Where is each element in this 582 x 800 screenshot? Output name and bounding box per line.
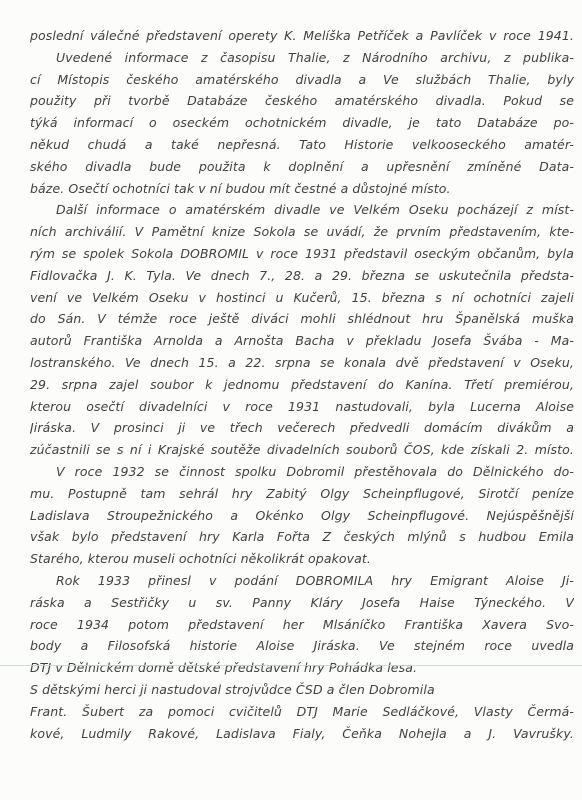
manuscript-lines: poslední válečné představení operety K. … [30, 25, 574, 744]
manuscript-line: DTJ v Dělnickém domě dětské představení … [30, 657, 574, 679]
manuscript-line: kové, Ludmily Rakové, Ladislava Fialy, Č… [30, 723, 574, 745]
manuscript-line: ského divadla bude použita k doplnění a … [30, 156, 574, 178]
manuscript-line: někud chudá a také nepřesná. Tato Histor… [30, 134, 574, 156]
manuscript-line: cí Místopis českého amatérského divadla … [30, 69, 574, 91]
manuscript-line: ráska a Sestřičky u sv. Panny Kláry Jose… [30, 592, 574, 614]
manuscript-line: 29. srpna zajel soubor k jednomu předsta… [30, 374, 574, 396]
manuscript-line: Fidlovačka J. K. Tyla. Ve dnech 7., 28. … [30, 265, 574, 287]
manuscript-line: body a Filosofská historie Aloise Jirásk… [30, 635, 574, 657]
manuscript-line: ních archiválií. V Pamětní knize Sokola … [30, 221, 574, 243]
manuscript-line: lostranského. Ve dnech 15. a 22. srpna s… [30, 352, 574, 374]
manuscript-line: roce 1934 potom představení her Mlsáníčk… [30, 614, 574, 636]
manuscript-line: poslední válečné představení operety K. … [30, 25, 574, 47]
manuscript-line: Další informace o amatérském divadle ve … [30, 199, 574, 221]
manuscript-line: Frant. Šubert za pomoci cvičitelů DTJ Ma… [30, 701, 574, 723]
manuscript-line: S dětskými herci ji nastudoval strojvůdc… [30, 679, 574, 701]
manuscript-line: Ladislava Stroupežnického a Okénko Olgy … [30, 505, 574, 527]
manuscript-line: kterou osečtí divadelníci v roce 1931 na… [30, 396, 574, 418]
manuscript-line: Starého, kterou museli ochotníci několik… [30, 548, 574, 570]
manuscript-line: Uvedené informace z časopisu Thalie, z N… [30, 47, 574, 69]
manuscript-line: rým se spolek Sokola DOBROMIL v roce 193… [30, 243, 574, 265]
manuscript-line: však bylo představení hry Karla Fořta Z … [30, 526, 574, 548]
manuscript-line: báze. Osečtí ochotníci tak v ní budou mí… [30, 178, 574, 200]
manuscript-line: Jiráska. V prosinci ji ve třech večerech… [30, 417, 574, 439]
manuscript-line: použity při tvorbě Databáze českého amat… [30, 90, 574, 112]
manuscript-line: do Sán. V témže roce ještě diváci mohli … [30, 308, 574, 330]
manuscript-line: autorů Františka Arnolda a Arnošta Bacha… [30, 330, 574, 352]
manuscript-line: zúčastnili se s ní i Krajské soutěže div… [30, 439, 574, 461]
manuscript-line: V roce 1932 se činnost spolku Dobromil p… [30, 461, 574, 483]
manuscript-line: vení ve Velkém Oseku v hostinci u Kučerů… [30, 287, 574, 309]
manuscript-line: mu. Postupně tam sehrál hry Zabitý Olgy … [30, 483, 574, 505]
manuscript-line: Rok 1933 přinesl v podání DOBROMILA hry … [30, 570, 574, 592]
manuscript-line: týká informací o oseckém ochotnickém div… [30, 112, 574, 134]
scan-artifact-line [0, 665, 582, 666]
manuscript-page: poslední válečné představení operety K. … [0, 0, 582, 800]
